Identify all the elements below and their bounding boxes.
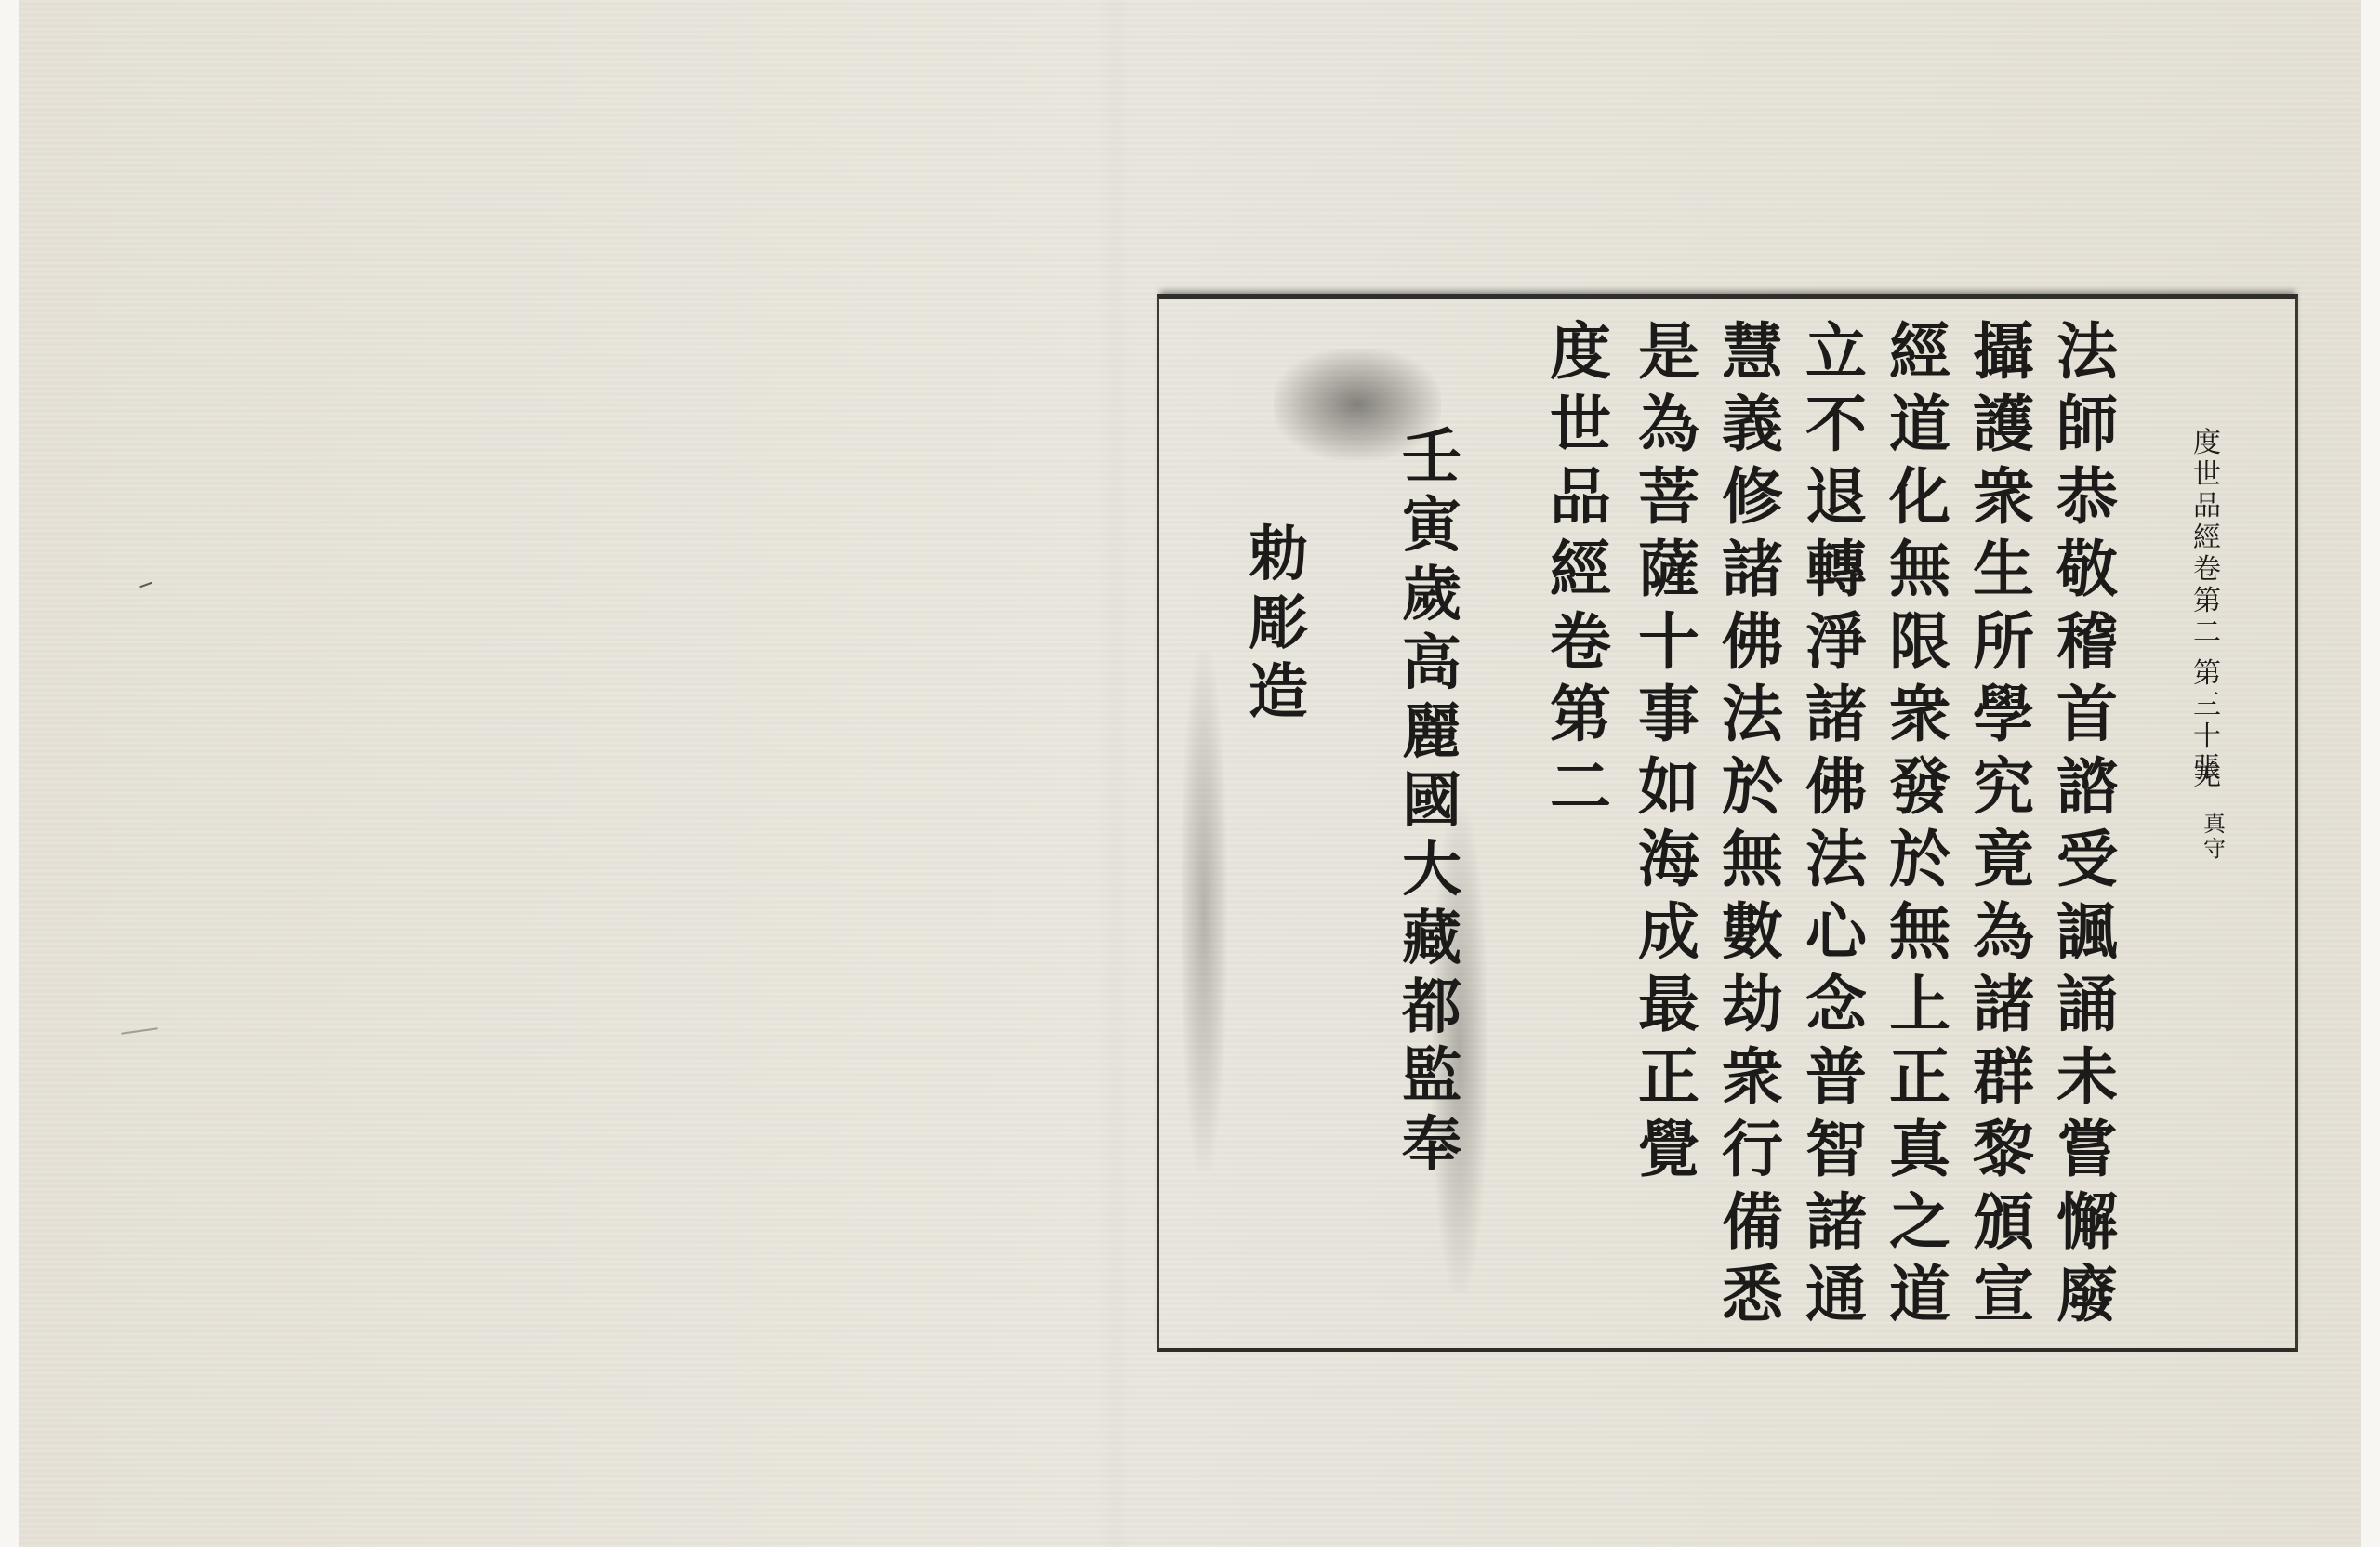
margin-note-title: 度世品經卷第二 [2187, 430, 2228, 651]
body-char: 生 [1973, 538, 2034, 611]
body-char: 菩 [1638, 466, 1699, 538]
closing-char: 經 [1550, 538, 1611, 611]
colophon-char: 高 [1402, 634, 1461, 703]
body-char: 諮 [2056, 756, 2118, 828]
colophon-char: 大 [1402, 840, 1461, 909]
body-char: 群 [1973, 1046, 2034, 1118]
body-char: 真 [1889, 1118, 1950, 1191]
body-column-5: 慧義修諸佛法於無數劫衆行備悉 [1715, 321, 1790, 1336]
body-char: 佛 [1805, 756, 1867, 828]
closing-char: 世 [1550, 393, 1611, 466]
colophon-char: 都 [1402, 978, 1461, 1047]
body-char: 轉 [1805, 538, 1867, 611]
body-char: 修 [1722, 466, 1783, 538]
body-char: 諸 [1722, 538, 1783, 611]
margin-char: 十 [2193, 723, 2221, 755]
body-char: 護 [1973, 393, 2034, 466]
body-char: 限 [1889, 611, 1950, 683]
closing-char: 第 [1550, 683, 1611, 756]
body-char: 普 [1805, 1046, 1867, 1118]
body-char: 化 [1889, 466, 1950, 538]
body-char: 慧 [1722, 321, 1783, 393]
body-char: 是 [1638, 321, 1699, 393]
margin-char: 第 [2193, 588, 2221, 619]
body-char: 備 [1722, 1191, 1783, 1263]
body-char: 學 [1973, 683, 2034, 756]
body-char: 頒 [1973, 1191, 2034, 1263]
body-char: 覺 [1638, 1118, 1699, 1191]
body-char: 恭 [2056, 466, 2118, 538]
body-char: 敬 [2056, 538, 2118, 611]
body-char: 立 [1805, 321, 1867, 393]
body-char: 道 [1889, 1263, 1950, 1336]
colophon-line-1: 壬寅歲高麗國大藏都監奉 [1395, 428, 1469, 1184]
body-char: 衆 [1973, 466, 2034, 538]
body-char: 正 [1889, 1046, 1950, 1118]
body-char: 悉 [1722, 1263, 1783, 1336]
margin-char: 羌 [2193, 762, 2221, 794]
body-char: 智 [1805, 1118, 1867, 1191]
body-char: 心 [1805, 901, 1867, 973]
body-char: 諸 [1805, 683, 1867, 756]
colophon-char: 麗 [1402, 703, 1461, 772]
body-char: 成 [1638, 901, 1699, 973]
colophon-line-2: 勅彫造 [1241, 525, 1316, 732]
margin-char: 真 [2203, 813, 2226, 839]
body-column-3: 經道化無限衆發於無上正真之道 [1883, 321, 1957, 1336]
body-char: 師 [2056, 393, 2118, 466]
body-char: 竟 [1973, 828, 2034, 901]
colophon-char: 監 [1402, 1047, 1461, 1116]
body-char: 於 [1889, 828, 1950, 901]
body-column-2: 攝護衆生所學究竟為諸群黎頒宣 [1966, 321, 2041, 1336]
closing-char: 品 [1550, 466, 1611, 538]
closing-char: 度 [1550, 321, 1611, 393]
margin-char: 二 [2193, 619, 2221, 651]
ink-smudge [1181, 651, 1227, 1171]
body-char: 法 [2056, 321, 2118, 393]
margin-char: 世 [2193, 461, 2221, 493]
body-char: 行 [1722, 1118, 1783, 1191]
body-char: 道 [1889, 393, 1950, 466]
body-char: 無 [1889, 538, 1950, 611]
margin-char: 卷 [2193, 556, 2221, 588]
colophon-char: 藏 [1402, 909, 1461, 978]
colophon-char: 歲 [1402, 565, 1461, 634]
body-char: 諷 [2056, 901, 2118, 973]
colophon-char: 彫 [1249, 594, 1308, 663]
body-char: 衆 [1722, 1046, 1783, 1118]
body-char: 事 [1638, 683, 1699, 756]
body-char: 不 [1805, 393, 1867, 466]
body-char: 諸 [1973, 973, 2034, 1046]
body-char: 發 [1889, 756, 1950, 828]
margin-char: 第 [2193, 660, 2221, 692]
body-char: 之 [1889, 1191, 1950, 1263]
body-char: 無 [1722, 828, 1783, 901]
body-char: 嘗 [2056, 1118, 2118, 1191]
colophon-char: 奉 [1402, 1116, 1461, 1184]
closing-char: 卷 [1550, 611, 1611, 683]
body-char: 薩 [1638, 538, 1699, 611]
paper-fleck [139, 582, 152, 588]
body-char: 無 [1889, 901, 1950, 973]
body-char: 念 [1805, 973, 1867, 1046]
body-char: 法 [1722, 683, 1783, 756]
body-char: 為 [1973, 901, 2034, 973]
colophon-char: 壬 [1402, 428, 1461, 496]
body-char: 於 [1722, 756, 1783, 828]
margin-char: 三 [2193, 692, 2221, 723]
colophon-char: 寅 [1402, 496, 1461, 565]
body-column-1: 法師恭敬稽首諮受諷誦未嘗懈廢 [2050, 321, 2124, 1336]
body-char: 退 [1805, 466, 1867, 538]
body-char: 黎 [1973, 1118, 2034, 1191]
body-char: 衆 [1889, 683, 1950, 756]
body-char: 究 [1973, 756, 2034, 828]
colophon-char: 國 [1402, 772, 1461, 840]
body-char: 經 [1889, 321, 1950, 393]
body-char: 海 [1638, 828, 1699, 901]
body-column-4: 立不退轉淨諸佛法心念普智諸通 [1799, 321, 1873, 1336]
body-char: 首 [2056, 683, 2118, 756]
margin-char: 守 [2203, 839, 2226, 864]
body-char: 劫 [1722, 973, 1783, 1046]
body-char: 法 [1805, 828, 1867, 901]
page-fold [1097, 0, 1134, 1547]
body-char: 為 [1638, 393, 1699, 466]
body-char: 上 [1889, 973, 1950, 1046]
body-char: 懈 [2056, 1191, 2118, 1263]
body-char: 誦 [2056, 973, 2118, 1046]
margin-char: 經 [2193, 524, 2221, 556]
body-char: 廢 [2056, 1263, 2118, 1336]
body-char: 宣 [1973, 1263, 2034, 1336]
body-char: 稽 [2056, 611, 2118, 683]
body-char: 如 [1638, 756, 1699, 828]
body-char: 攝 [1973, 321, 2034, 393]
paper-fleck [121, 1027, 158, 1035]
closing-char: 二 [1550, 756, 1611, 828]
colophon-char: 造 [1249, 663, 1308, 732]
margin-note-engraver-mark: 羌 [2187, 762, 2228, 794]
body-char: 通 [1805, 1263, 1867, 1336]
body-char: 所 [1973, 611, 2034, 683]
colophon-char: 勅 [1249, 525, 1308, 594]
closing-title: 度世品經卷第二 [1543, 321, 1618, 828]
body-char: 數 [1722, 901, 1783, 973]
body-char: 未 [2056, 1046, 2118, 1118]
body-column-6: 是為菩薩十事如海成最正覺 [1632, 321, 1706, 1191]
margin-char: 品 [2193, 493, 2221, 524]
body-char: 義 [1722, 393, 1783, 466]
body-char: 十 [1638, 611, 1699, 683]
body-char: 受 [2056, 828, 2118, 901]
body-char: 正 [1638, 1046, 1699, 1118]
body-char: 諸 [1805, 1191, 1867, 1263]
body-char: 佛 [1722, 611, 1783, 683]
body-char: 淨 [1805, 611, 1867, 683]
margin-note-signature: 真守 [2200, 813, 2229, 864]
margin-char: 度 [2193, 430, 2221, 461]
body-char: 最 [1638, 973, 1699, 1046]
